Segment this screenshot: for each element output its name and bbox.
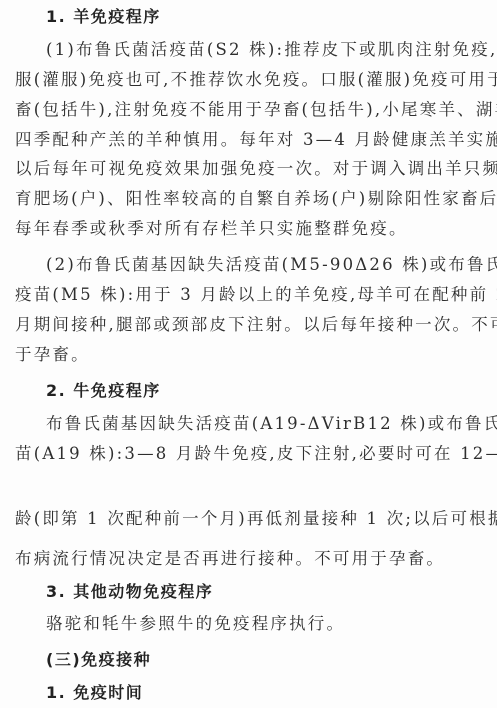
paragraph-line: 苗(A19 株):3—8 月龄牛免疫,皮下注射,必要时可在 12—13 月 — [15, 443, 485, 465]
paragraph-line: 布病流行情况决定是否再进行接种。不可用于孕畜。 — [15, 548, 485, 570]
section-heading-sheep-immunization: 1. 羊免疫程序 — [46, 6, 161, 28]
paragraph-line: 骆驼和牦牛参照牛的免疫程序执行。 — [46, 613, 485, 635]
paragraph-line: 服(灌服)免疫也可,不推荐饮水免疫。口服(灌服)免疫可用于孕 — [15, 69, 485, 91]
section-heading-immunization-time: 1. 免疫时间 — [46, 682, 143, 704]
paragraph-line: 布鲁氏菌基因缺失活疫苗(A19-ΔVirB12 株)或布鲁氏菌活疫 — [46, 413, 485, 435]
paragraph-line: 育肥场(户)、阳性率较高的自繁自养场(户)剔除阳性家畜后,可 — [15, 188, 485, 210]
paragraph-line: 于孕畜。 — [15, 344, 485, 366]
paragraph-line: 月期间接种,腿部或颈部皮下注射。以后每年接种一次。不可用 — [15, 314, 485, 336]
section-heading-vaccination: (三)免疫接种 — [46, 649, 151, 671]
paragraph-line: 四季配种产羔的羊种慎用。每年对 3—4 月龄健康羔羊实施免疫, — [15, 129, 485, 151]
paragraph-line: (1)布鲁氏菌活疫苗(S2 株):推荐皮下或肌肉注射免疫,口 — [46, 39, 485, 61]
paragraph-line: 疫苗(M5 株):用于 3 月龄以上的羊免疫,母羊可在配种前 2—3 — [15, 284, 485, 306]
paragraph-line: (2)布鲁氏菌基因缺失活疫苗(M5-90Δ26 株)或布鲁氏菌活 — [46, 254, 485, 276]
section-heading-cattle-immunization: 2. 牛免疫程序 — [46, 380, 161, 402]
paragraph-line: 龄(即第 1 次配种前一个月)再低剂量接种 1 次;以后可根据牛群 — [15, 508, 485, 530]
section-heading-other-animals: 3. 其他动物免疫程序 — [46, 581, 213, 603]
paragraph-line: 畜(包括牛),注射免疫不能用于孕畜(包括牛),小尾寒羊、湖羊等 — [15, 99, 485, 121]
paragraph-line: 每年春季或秋季对所有存栏羊只实施整群免疫。 — [15, 218, 485, 240]
paragraph-line: 以后每年可视免疫效果加强免疫一次。对于调入调出羊只频繁的 — [15, 158, 485, 180]
